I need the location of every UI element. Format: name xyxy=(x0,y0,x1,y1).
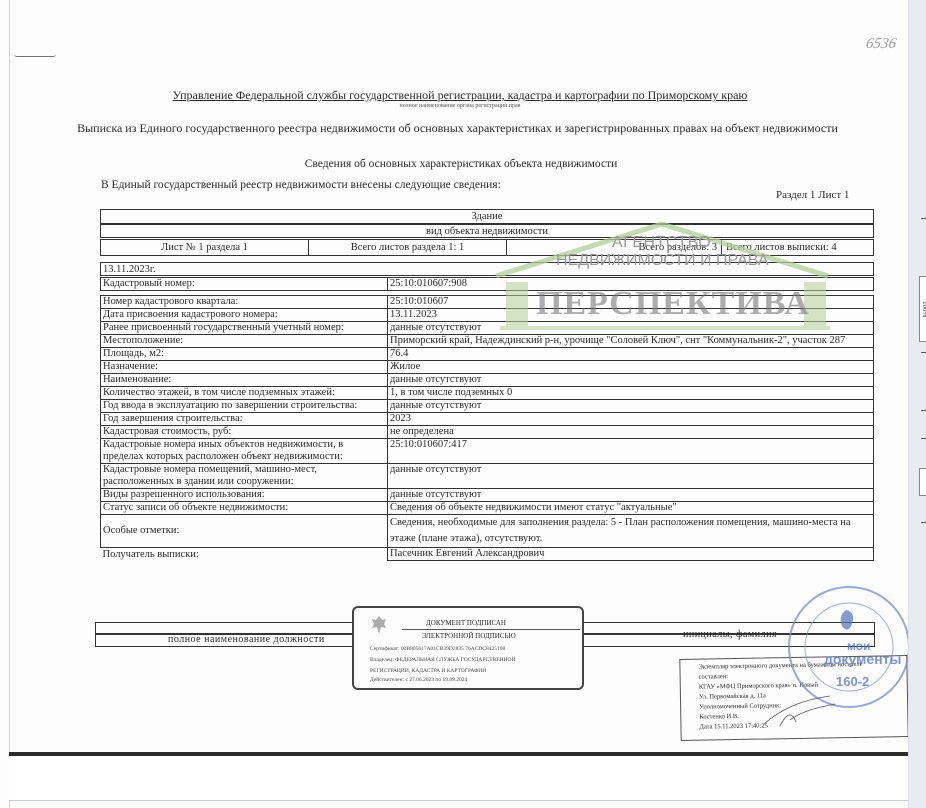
sections-total: Всего разделов: 3 xyxy=(507,240,722,255)
sidebar-tick xyxy=(921,352,926,353)
section-title: Сведения об основных характеристиках объ… xyxy=(0,158,922,170)
sidebar-tick xyxy=(921,438,926,439)
extract-date: 13.11.2023г. xyxy=(100,262,874,276)
row-value: не определена xyxy=(388,426,874,439)
table-row: Площадь, м2:76.4 xyxy=(101,348,874,361)
table-row: Наименование:данные отсутствуют xyxy=(101,374,874,387)
position-caption: полное наименование должности xyxy=(168,634,325,645)
row-value: 2023 xyxy=(388,413,874,426)
table-row: Назначение:Жилое xyxy=(101,361,874,374)
row-label: Назначение: xyxy=(101,361,388,374)
row-label: Местоположение: xyxy=(101,335,388,348)
sheets-total: Всего листов выписки: 4 xyxy=(722,240,873,255)
handwritten-number: 6536 xyxy=(865,36,898,53)
sheet-info-row: Лист № 1 раздела 1 Всего листов раздела … xyxy=(100,239,874,256)
initials-caption: инициалы, фамилия xyxy=(683,629,777,640)
row-label: Год завершения строительства: xyxy=(101,413,388,426)
handwritten-signature-icon xyxy=(760,690,840,730)
table-row: Особые отметки:Сведения, необходимые для… xyxy=(101,515,874,548)
row-value: данные отсутствуют xyxy=(388,464,874,489)
row-label: Год ввода в эксплуатацию по завершении с… xyxy=(101,400,388,413)
row-value: 1, в том числе подземных 0 xyxy=(388,387,874,400)
table-row: Номер кадастрового квартала:25:10:010607 xyxy=(101,296,874,309)
zoom-level-label: 100% xyxy=(921,301,926,317)
row-value: Сведения об объекте недвижимости имеют с… xyxy=(388,502,874,515)
row-label: Особые отметки: xyxy=(101,515,388,548)
sidebar-tick xyxy=(921,218,926,219)
agency-name: Управление Федеральной службы государств… xyxy=(0,88,920,103)
table-row: Местоположение:Приморский край, Надеждин… xyxy=(101,335,874,348)
table-row: Дата присвоения кадастрового номера:13.1… xyxy=(101,309,874,322)
row-label: Кадастровый номер: xyxy=(101,278,388,291)
esig-line1: ДОКУМЕНТ ПОДПИСАН xyxy=(426,619,506,627)
esig-divider xyxy=(402,629,580,630)
document-title: Выписка из Единого государственного реес… xyxy=(0,121,915,136)
row-label: Номер кадастрового квартала: xyxy=(101,296,388,309)
row-label: Количество этажей, в том числе подземных… xyxy=(101,387,388,400)
corner-mark xyxy=(14,52,56,57)
row-value: 13.11.2023 xyxy=(388,309,874,322)
table-row: Виды разрешенного использования:данные о… xyxy=(101,489,874,502)
table-row: Ранее присвоенный государственный учетны… xyxy=(101,322,874,335)
table-row: Кадастровый номер:25:10:010607:908 xyxy=(101,278,874,291)
sidebar-control[interactable] xyxy=(919,468,926,496)
row-value: Приморский край, Надеждинский р-н, урочи… xyxy=(388,335,874,348)
row-value: Пасечник Евгений Александрович xyxy=(388,548,874,561)
esig-owner-cont: РЕГИСТРАЦИИ, КАДАСТРА И КАРТОГРАФИИ xyxy=(370,668,486,674)
row-label: Кадастровая стоимость, руб: xyxy=(101,426,388,439)
row-value: 25:10:010607 xyxy=(388,296,874,309)
table-row: Год ввода в эксплуатацию по завершении с… xyxy=(101,400,874,413)
zoom-level-box[interactable]: 100% xyxy=(919,276,926,342)
row-label: Ранее присвоенный государственный учетны… xyxy=(101,322,388,335)
object-type: Здание xyxy=(100,209,874,224)
row-label: Статус записи об объекте недвижимости: xyxy=(101,502,388,515)
row-label: Площадь, м2: xyxy=(101,348,388,361)
table-row: Статус записи об объекте недвижимости:Св… xyxy=(101,502,874,515)
intro-text: В Единый государственный реестр недвижим… xyxy=(101,179,501,191)
object-type-caption: вид объекта недвижимости xyxy=(100,224,874,238)
sidebar-tick xyxy=(921,522,926,523)
eagle-emblem-icon xyxy=(370,614,388,636)
table-row: Год завершения строительства:2023 xyxy=(101,413,874,426)
row-value: данные отсутствуют xyxy=(388,322,874,335)
row-label: Наименование: xyxy=(101,374,388,387)
row-value: Жилое xyxy=(388,361,874,374)
row-value: 25:10:010607:417 xyxy=(388,439,874,464)
esig-certificate: Сертификат: 00B805617A01CB39D2835 76ACDC… xyxy=(370,646,505,652)
row-value: 25:10:010607:908 xyxy=(388,278,874,291)
row-value: 76.4 xyxy=(388,348,874,361)
electronic-signature-block: ДОКУМЕНТ ПОДПИСАН ЭЛЕКТРОННОЙ ПОДПИСЬЮ С… xyxy=(352,606,584,690)
row-value: данные отсутствуют xyxy=(388,400,874,413)
table-row: Кадастровые номера помещений, машино-мес… xyxy=(101,464,874,489)
section-sheet: Раздел 1 Лист 1 xyxy=(776,189,849,201)
table-row: Получатель выписки:Пасечник Евгений Алек… xyxy=(101,548,874,561)
row-label: Кадастровые номера иных объектов недвижи… xyxy=(101,439,388,464)
row-value: данные отсутствуют xyxy=(388,374,874,387)
table-row: Количество этажей, в том числе подземных… xyxy=(101,387,874,400)
document-page: 6536 Управление Федеральной службы госуд… xyxy=(0,0,908,808)
table-row: Кадастровая стоимость, руб:не определена xyxy=(101,426,874,439)
row-label: Получатель выписки: xyxy=(101,548,388,561)
row-value: данные отсутствуют xyxy=(388,489,874,502)
viewer-side-panel: 100% xyxy=(908,0,926,808)
row-label: Кадастровые номера помещений, машино-мес… xyxy=(101,464,388,489)
row-value: Сведения, необходимые для заполнения раз… xyxy=(388,515,874,548)
esig-owner: Владелец: ФЕДЕРАЛЬНАЯ СЛУЖБА ГОСУДАРСТВЕ… xyxy=(370,657,515,663)
esig-validity: Действителен: с 27.06.2023 по 19.09.2024 xyxy=(370,677,467,683)
table-row: Кадастровые номера иных объектов недвижи… xyxy=(101,439,874,464)
row-label: Виды разрешенного использования: xyxy=(101,489,388,502)
page-bottom-margin xyxy=(9,756,908,801)
sheet-no: Лист № 1 раздела 1 xyxy=(101,240,309,255)
characteristics-table: Кадастровый номер:25:10:010607:908 Номер… xyxy=(100,277,874,561)
agency-caption: полное наименование органа регистрации п… xyxy=(0,103,920,109)
sheets-in-section: Всего листов раздела 1: 1 xyxy=(309,240,507,255)
sidebar-tick xyxy=(921,410,926,411)
row-label: Дата присвоения кадастрового номера: xyxy=(101,309,388,322)
esig-line2: ЭЛЕКТРОННОЙ ПОДПИСЬЮ xyxy=(422,632,516,640)
